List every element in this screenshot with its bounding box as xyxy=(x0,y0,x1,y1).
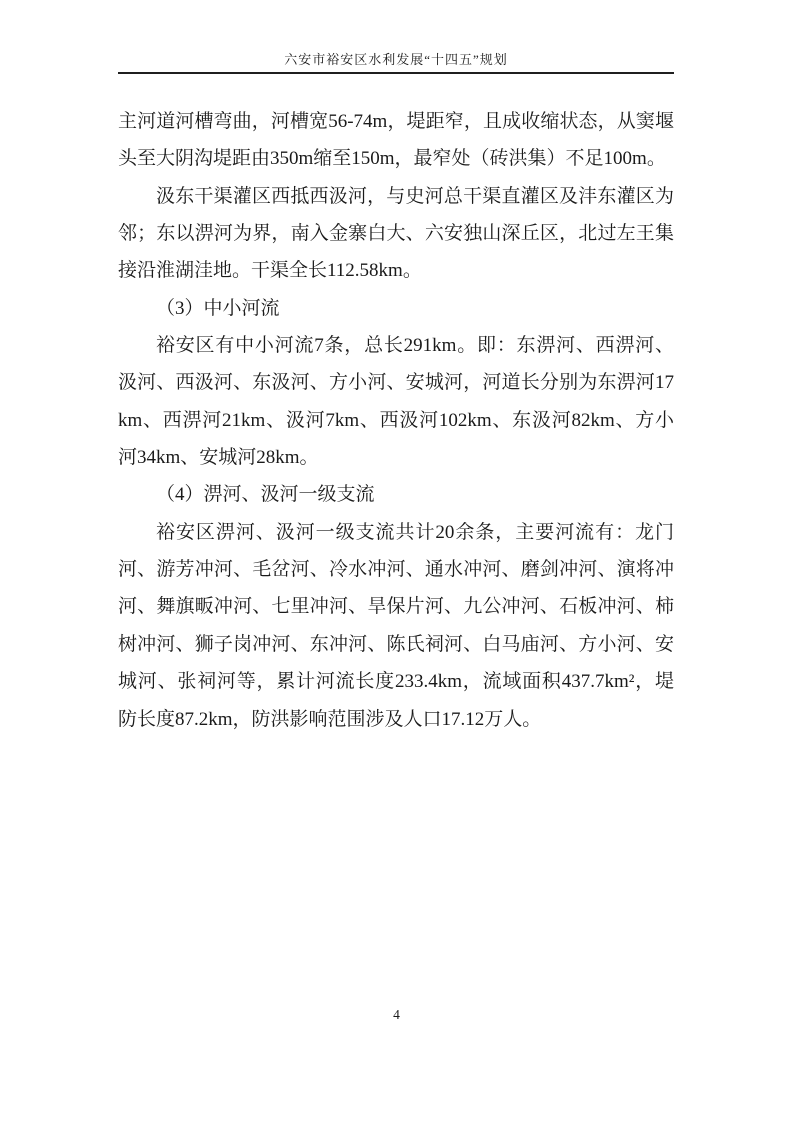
heading-section-3-small-rivers: （3）中小河流 xyxy=(118,290,674,327)
page-footer: 4 xyxy=(0,1006,793,1024)
header-title: 六安市裕安区水利发展“十四五”规划 xyxy=(284,52,508,67)
paragraph-main-channel: 主河道河槽弯曲，河槽宽56-74m，堤距窄，且成收缩状态，从窦堰头至大阴沟堤距由… xyxy=(118,103,674,178)
document-body: 主河道河槽弯曲，河槽宽56-74m，堤距窄，且成收缩状态，从窦堰头至大阴沟堤距由… xyxy=(118,103,674,738)
paragraph-small-rivers: 裕安区有中小河流7条，总长291km。即：东淠河、西淠河、汲河、西汲河、东汲河、… xyxy=(118,327,674,476)
page-header: 六安市裕安区水利发展“十四五”规划 xyxy=(118,52,674,74)
document-page: 六安市裕安区水利发展“十四五”规划 主河道河槽弯曲，河槽宽56-74m，堤距窄，… xyxy=(0,0,793,1122)
page-number: 4 xyxy=(393,1007,400,1022)
heading-section-4-tributaries: （4）淠河、汲河一级支流 xyxy=(118,476,674,513)
paragraph-tributaries: 裕安区淠河、汲河一级支流共计20余条，主要河流有：龙门河、游芳冲河、毛岔河、冷水… xyxy=(118,514,674,738)
paragraph-jidong-canal: 汲东干渠灌区西抵西汲河，与史河总干渠直灌区及沣东灌区为邻；东以淠河为界，南入金寨… xyxy=(118,178,674,290)
